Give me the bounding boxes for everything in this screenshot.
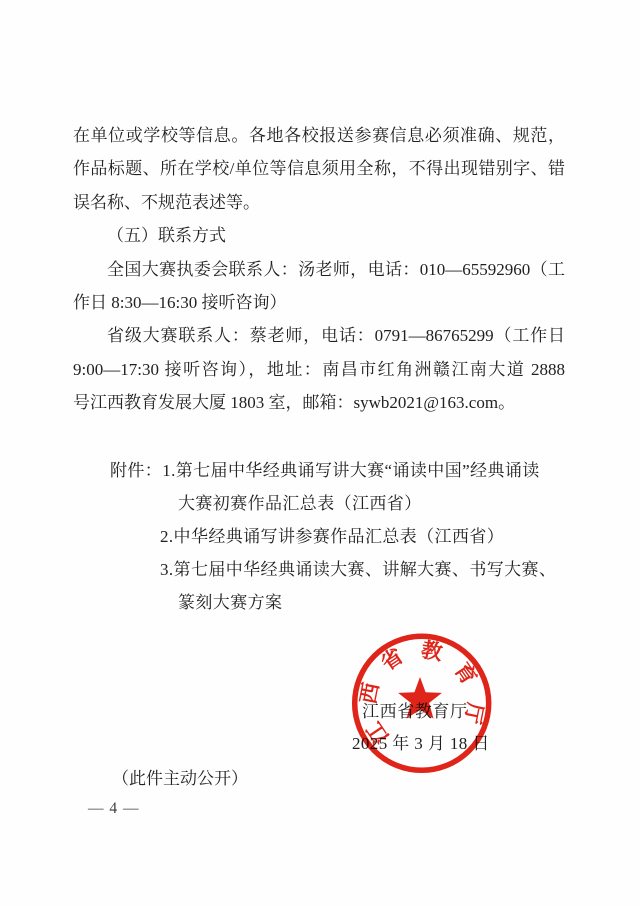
attachment-line: 大赛初赛作品汇总表（江西省） xyxy=(178,487,640,520)
body-text-line: 9:00—17:30 接听咨询），地址：南昌市红角洲赣江南大道 2888 xyxy=(73,353,565,386)
seal-character: 厅 xyxy=(460,700,488,726)
body-text-line: （五）联系方式 xyxy=(73,219,565,252)
body-text-line: 号江西教育发展大厦 1803 室，邮箱：sywb2021@163.com。 xyxy=(73,386,565,419)
seal-character: 教 xyxy=(419,638,445,666)
seal-character: 西 xyxy=(356,681,384,706)
attachment-line: 附件：1.第七届中华经典诵写讲大赛“诵读中国”经典诵读 xyxy=(110,454,640,487)
attachment-line: 3.第七届中华经典诵读大赛、讲解大赛、书写大赛、 xyxy=(160,553,640,586)
attachment-line: 2.中华经典诵写讲参赛作品汇总表（江西省） xyxy=(160,520,640,553)
seal-star-icon xyxy=(398,677,442,719)
body-text-line: 作品标题、所在学校/单位等信息须用全称，不得出现错别字、错 xyxy=(73,152,565,185)
document-page: 在单位或学校等信息。各地各校报送参赛信息必须准确、规范，作品标题、所在学校/单位… xyxy=(0,0,640,906)
attachment-line: 篆刻大赛方案 xyxy=(178,586,640,619)
body-text-line: 误名称、不规范表述等。 xyxy=(73,186,565,219)
publish-note: （此件主动公开） xyxy=(112,764,248,789)
body-text-line: 在单位或学校等信息。各地各校报送参赛信息必须准确、规范， xyxy=(73,119,565,152)
page-number: — 4 — xyxy=(88,800,140,818)
body-text-line: 省级大赛联系人：蔡老师，电话：0791—86765299（工作日 xyxy=(73,319,565,352)
body-text-line: 作日 8:30—16:30 接听咨询） xyxy=(73,286,565,319)
body-paragraphs: 在单位或学校等信息。各地各校报送参赛信息必须准确、规范，作品标题、所在学校/单位… xyxy=(73,119,565,420)
body-text-line: 全国大赛执委会联系人：汤老师，电话：010—65592960（工 xyxy=(73,253,565,286)
official-seal: 江西省教育厅 xyxy=(348,630,496,778)
attachment-list: 附件：1.第七届中华经典诵写讲大赛“诵读中国”经典诵读大赛初赛作品汇总表（江西省… xyxy=(0,454,640,619)
